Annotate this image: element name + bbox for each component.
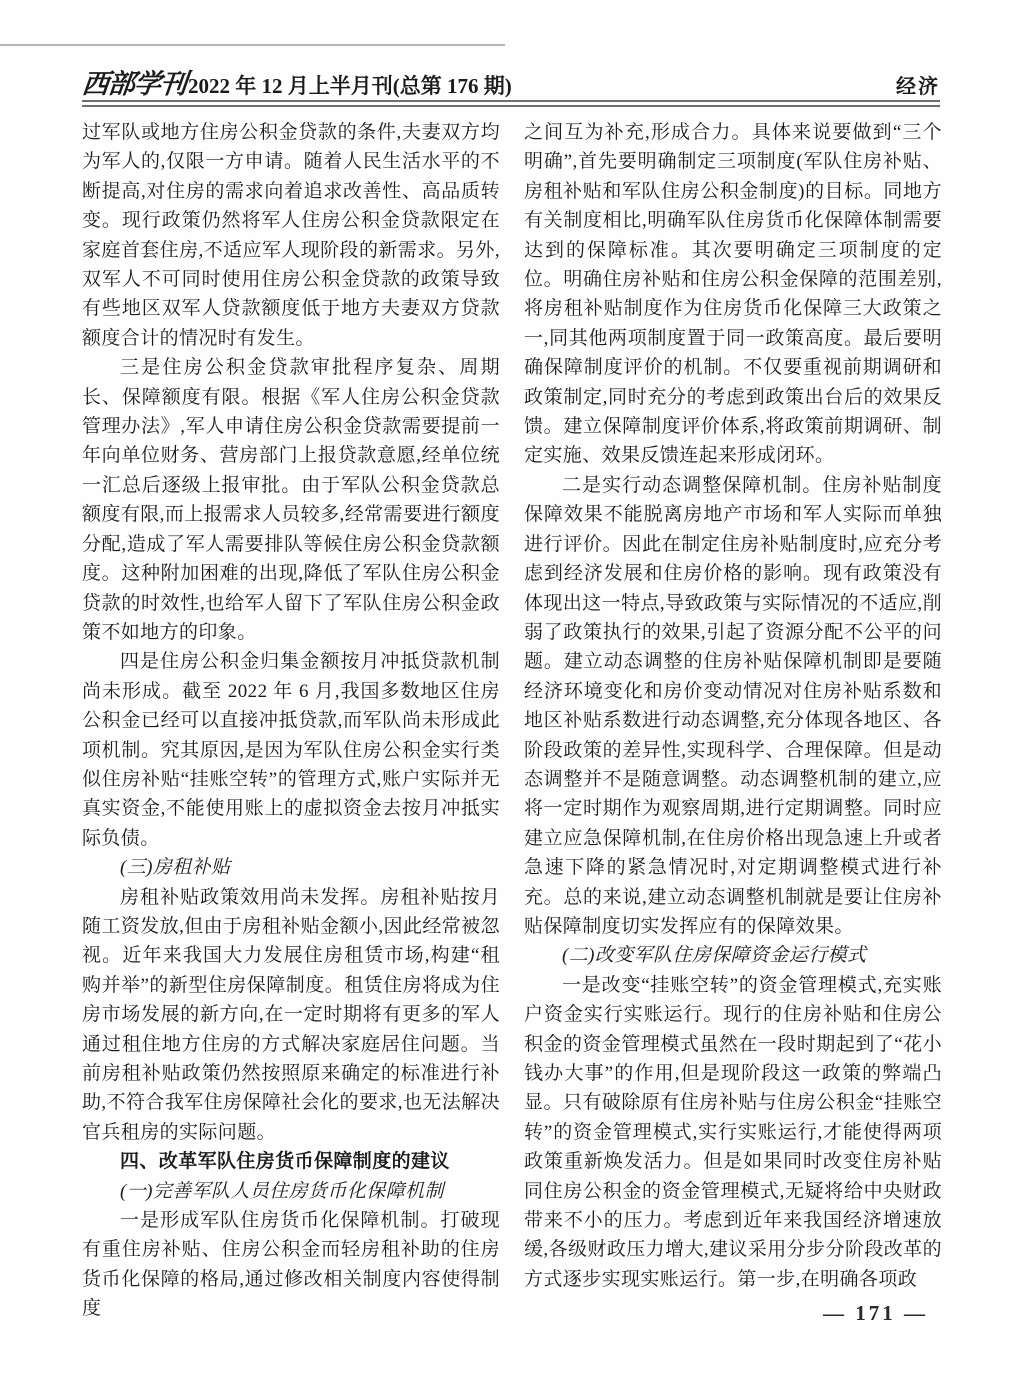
section-heading: 四、改革军队住房货币保障制度的建议 xyxy=(82,1147,500,1176)
header-double-rule xyxy=(82,100,940,107)
header-left-group: 西部学刊 2022 年 12 月上半月刊(总第 176 期) xyxy=(82,71,512,98)
body-paragraph: 四是住房公积金归集金额按月冲抵贷款机制尚未形成。截至 2022 年 6 月,我国… xyxy=(82,647,500,853)
subsection-heading: (二)改变军队住房保障资金运行模式 xyxy=(524,941,942,970)
subsection-heading: (三)房租补贴 xyxy=(82,853,500,882)
page-container: 西部学刊 2022 年 12 月上半月刊(总第 176 期) 经济 过军队或地方… xyxy=(0,0,1024,1389)
body-paragraph: 房租补贴政策效用尚未发挥。房租补贴按月随工资发放,但由于房租补贴金额小,因此经常… xyxy=(82,883,500,1148)
body-paragraph: 过军队或地方住房公积金贷款的条件,夫妻双方均为军人的,仅限一方申请。随着人民生活… xyxy=(82,118,500,353)
journal-logo: 西部学刊 xyxy=(81,71,188,98)
body-paragraph: 一是改变“挂账空转”的资金管理模式,充实账户资金实行实账运行。现行的住房补贴和住… xyxy=(524,971,942,1294)
left-column: 过军队或地方住房公积金贷款的条件,夫妻双方均为军人的,仅限一方申请。随着人民生活… xyxy=(82,118,500,1324)
body-paragraph: 一是形成军队住房货币化保障机制。打破现有重住房补贴、住房公积金而轻房租补助的住房… xyxy=(82,1206,500,1324)
right-column: 之间互为补充,形成合力。具体来说要做到“三个明确”,首先要明确制定三项制度(军队… xyxy=(524,118,942,1324)
body-paragraph: 之间互为补充,形成合力。具体来说要做到“三个明确”,首先要明确制定三项制度(军队… xyxy=(524,118,942,471)
page-header: 西部学刊 2022 年 12 月上半月刊(总第 176 期) 经济 xyxy=(82,62,940,98)
body-paragraph: 三是住房公积金贷款审批程序复杂、周期长、保障额度有限。根据《军人住房公积金贷款管… xyxy=(82,353,500,647)
body-paragraph: 二是实行动态调整保障机制。住房补贴制度保障效果不能脱离房地产市场和军人实际而单独… xyxy=(524,471,942,942)
subsection-heading: (一)完善军队人员住房货币化保障机制 xyxy=(82,1177,500,1206)
issue-info: 2022 年 12 月上半月刊(总第 176 期) xyxy=(188,75,512,98)
section-label: 经济 xyxy=(896,76,940,98)
page-number: — 171 — xyxy=(823,1301,928,1325)
scan-artifact-line xyxy=(0,44,505,46)
page-footer: — 171 — xyxy=(823,1301,928,1326)
content-columns: 过军队或地方住房公积金贷款的条件,夫妻双方均为军人的,仅限一方申请。随着人民生活… xyxy=(82,118,942,1324)
